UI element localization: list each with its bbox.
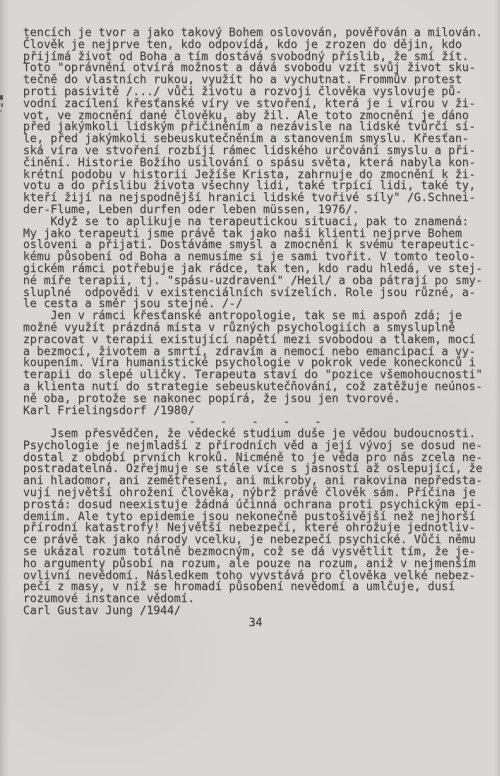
paragraph-creation-theology: tencích je tvor a jako takový Bohem oslo… bbox=[23, 27, 488, 216]
scan-speck bbox=[0, 110, 2, 112]
page-number: 34 bbox=[23, 617, 488, 629]
text-column: tencích je tvor a jako takový Bohem oslo… bbox=[23, 27, 488, 629]
scan-speck bbox=[0, 95, 3, 100]
paragraph-christian-anthropology: Jen v rámci křesťanské antropologie, tak… bbox=[23, 310, 488, 404]
paragraph-jung-psychology: Jsem přesvědčen, že vědecké studium duše… bbox=[23, 428, 488, 605]
scan-speck bbox=[1, 103, 3, 107]
scanned-document-page: tencích je tvor a jako takový Bohem oslo… bbox=[0, 0, 500, 776]
paragraph-therapeutic-application: Když se to aplikuje na terapeutickou sit… bbox=[23, 216, 488, 310]
